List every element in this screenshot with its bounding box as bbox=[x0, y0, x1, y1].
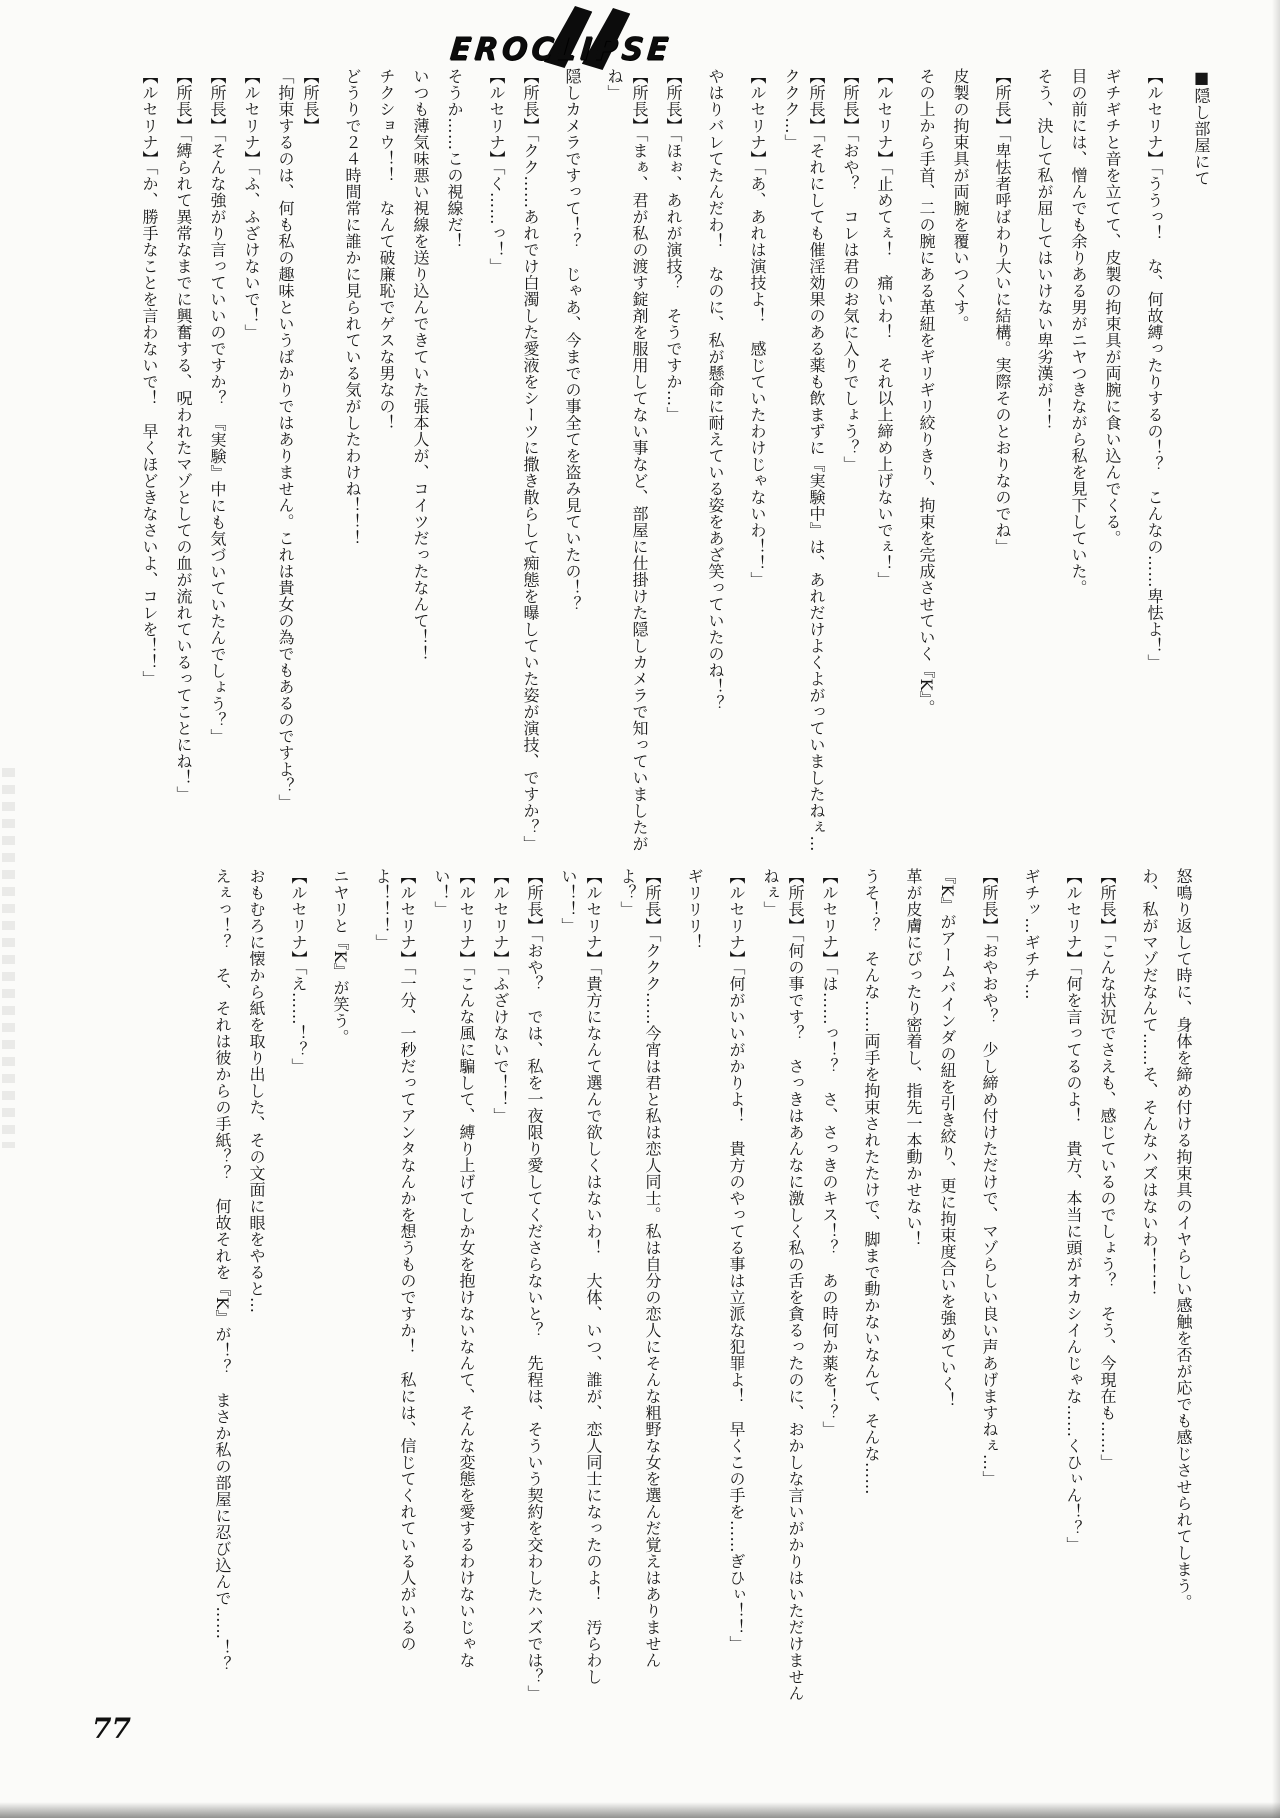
line-text: その上から手首、二の腕にある革紐をギリギリ絞りきり、拘束を完成させていく『K』。 bbox=[917, 68, 936, 716]
line-text: いつも薄気味悪い視線を送り込んできていた張本人が、コイツだったなんて！！ bbox=[411, 68, 430, 662]
script-line: 【所長】「おや？ では、私を一夜限り愛してくださらないと？ 先程は、そういう契約… bbox=[522, 868, 547, 1703]
script-line: 【所長】「おや？ コレは君のお気に入りでしょう？」 bbox=[838, 68, 863, 863]
line-text: 「クク……あれでけ白濁した愛液をシーツに撒き散らして痴態を曝していた姿が演技、で… bbox=[521, 134, 540, 852]
line-text: 「おや？ では、私を一夜限り愛してくださらないと？ 先程は、そういう契約を交わし… bbox=[525, 934, 544, 1702]
script-line: ニヤリと『K』が笑う。 bbox=[328, 868, 353, 1703]
line-text: ギチッ…ギチチ… bbox=[1022, 868, 1041, 1000]
line-text: 「こんな状況でさえも、感じているのでしょう？ そう、今現在も……」 bbox=[1098, 934, 1117, 1471]
line-text: そう、決して私が屈してはいけない卑劣漢が！！ bbox=[1035, 68, 1054, 431]
line-text: 皮製の拘束具が両腕を覆いつくす。 bbox=[951, 68, 970, 332]
script-line: 【ルセリナ】「止めてぇ！ 痛いわ！ それ以上締め上げないでぇ！」 bbox=[872, 68, 897, 863]
speaker-label: 【所長】 bbox=[1098, 868, 1117, 934]
line-text: 「ふ、ふざけないで！」 bbox=[242, 167, 261, 341]
line-text: 「ほぉ、あれが演技？ そうですか…」 bbox=[664, 134, 683, 423]
line-text: ギチギチと音を立てて、皮製の拘束具が両腕に食い込んでくる。 bbox=[1103, 68, 1122, 547]
line-text: 「か、勝手なことを言わないで！ 早くほどきなさいよ、コレを！！」 bbox=[140, 167, 159, 687]
script-line: ■隠し部屋にて bbox=[1189, 68, 1214, 863]
speaker-label: 【ルセリナ】 bbox=[820, 868, 839, 967]
line-text: 「貴方になんて選んで欲しくはないわ！ 大体、いつ、誰が、恋人同士になったのよ！ … bbox=[559, 868, 603, 1685]
speaker-label: 【所長】 bbox=[993, 68, 1012, 134]
script-line: 【所長】「まぁ、君が私の渡す錠剤を服用してない事など、部屋に仕掛けた隠しカメラで… bbox=[602, 68, 652, 863]
line-text: どうりで２４時間常に誰かに見られている気がしたわけね！！！ bbox=[343, 68, 362, 547]
line-text: えぇっ！？ そ、それは彼からの手紙？？ 何故それを『K』が！？ まさか私の部屋に… bbox=[213, 868, 232, 1672]
line-text: 「一分、一秒だってアンタなんかを想うものですか！ 私には、信じてくれている人がい… bbox=[373, 868, 417, 1652]
script-line: 皮製の拘束具が両腕を覆いつくす。 bbox=[948, 68, 973, 863]
line-text: 「おやおや？ 少し締め付けただけで、マゾらしい良い声あげますねぇ…」 bbox=[980, 934, 999, 1487]
line-text: 隠しカメラですって！？ じゃあ、今までの事全てを盗み見ていたの！？ bbox=[563, 68, 582, 613]
script-line: えぇっ！？ そ、それは彼からの手紙？？ 何故それを『K』が！？ まさか私の部屋に… bbox=[210, 868, 235, 1703]
line-text: 「ううっ！ な、何故縛ったりするの！？ こんなの……卑怯よ！」 bbox=[1145, 167, 1164, 671]
script-line: 【所長】「何の事です？ さっきはあんなに激しく私の舌を貪るったのに、おかしな言い… bbox=[758, 868, 808, 1703]
line-text: ギリリリ！ bbox=[685, 868, 704, 951]
speaker-label: 【ルセリナ】 bbox=[242, 68, 261, 167]
line-text: 「は……っ！？ さ、さっきのキス！？ あの時何か薬を！？」 bbox=[820, 967, 839, 1438]
script-line: どうりで２４時間常に誰かに見られている気がしたわけね！！！ bbox=[340, 68, 365, 863]
script-line: そうか……この視線だ！ bbox=[442, 68, 467, 863]
speaker-label: 【所長】 bbox=[630, 68, 649, 134]
line-text: 「そんな強がり言っていいのですか？ 『実験』中にも気づいていたんでしょう？」 bbox=[208, 134, 227, 745]
script-line: ギチギチと音を立てて、皮製の拘束具が両腕に食い込んでくる。 bbox=[1100, 68, 1125, 863]
speaker-label: 【ルセリナ】 bbox=[748, 68, 767, 167]
script-line: チクショウ！！ なんて破廉恥でゲスな男なの！ bbox=[374, 68, 399, 863]
line-text: 「ククク……今宵は君と私は恋人同士。私は自分の恋人にそんな粗野な女を選んだ覚えは… bbox=[618, 868, 662, 1669]
line-text: 「それにしても催淫効果のある薬も飲まずに『実験中』は、あれだけよくよがっていまし… bbox=[782, 68, 826, 852]
script-line: わ、私がマゾだなんて……そ、そんなハズはないわ！！！ bbox=[1137, 868, 1162, 1703]
script-line: 【所長】「ククク……今宵は君と私は恋人同士。私は自分の恋人にそんな粗野な女を選ん… bbox=[615, 868, 665, 1703]
line-text: 「まぁ、君が私の渡す錠剤を服用してない事など、部屋に仕掛けた隠しカメラで知ってい… bbox=[605, 68, 649, 852]
speaker-label: 【所長】 bbox=[174, 68, 193, 134]
line-text: 「何がいいがかりよ！ 貴方のやってる事は立派な犯罪よ！ 早くこの手を……ぎひぃ！… bbox=[727, 967, 746, 1652]
script-line: ギチッ…ギチチ… bbox=[1019, 868, 1044, 1703]
line-text: わ、私がマゾだなんて……そ、そんなハズはないわ！！！ bbox=[1140, 868, 1159, 1297]
line-text: チクショウ！！ なんて破廉恥でゲスな男なの！ bbox=[377, 68, 396, 431]
script-line: 【ルセリナ】「か、勝手なことを言わないで！ 早くほどきなさいよ、コレを！！」 bbox=[137, 68, 162, 863]
script-line: 【所長】「おやおや？ 少し締め付けただけで、マゾらしい良い声あげますねぇ…」 bbox=[977, 868, 1002, 1703]
speaker-label: 【ルセリナ】 bbox=[875, 68, 894, 167]
script-line: 怒鳴り返して時に、身体を締め付ける拘束具のイヤらしい感触を否が応でも感じさせられ… bbox=[1171, 868, 1196, 1703]
line-text: 「拘束するのは、何も私の趣味というばかりではありません。これは貴女の為でもあるの… bbox=[276, 68, 295, 811]
script-line: おもむろに懐から紙を取り出した、その文面に眼をやると… bbox=[244, 868, 269, 1703]
page-number: 77 bbox=[92, 1712, 131, 1745]
line-text: 「卑怯者呼ばわり大いに結構。実際そのとおりなのでね」 bbox=[993, 134, 1012, 555]
speaker-label: 【ルセリナ】 bbox=[491, 868, 510, 967]
doujin-script-page: EROCLIPSE ■隠し部屋にて【ルセリナ】「ううっ！ な、何故縛ったりするの… bbox=[0, 0, 1280, 1818]
line-text: 「ふざけないで！！」 bbox=[491, 967, 510, 1124]
line-text: 『K』がアームバインダの紐を引き絞り、更に拘束度合いを強めていく！ bbox=[938, 868, 957, 1408]
line-text: 「おや？ コレは君のお気に入りでしょう？」 bbox=[841, 134, 860, 473]
script-line: 【所長】「クク……あれでけ白濁した愛液をシーツに撒き散らして痴態を曝していた姿が… bbox=[518, 68, 543, 863]
speaker-label: 【ルセリナ】 bbox=[1145, 68, 1164, 167]
line-text: ■隠し部屋にて bbox=[1192, 68, 1211, 187]
script-line: 【ルセリナ】「ふざけないで！！」 bbox=[488, 868, 513, 1703]
speaker-label: 【所長】 bbox=[664, 68, 683, 134]
line-text: おもむろに懐から紙を取り出した、その文面に眼をやると… bbox=[247, 868, 266, 1314]
script-line: 革が皮膚にぴったり密着し、指先一本動かせない！ bbox=[901, 868, 926, 1703]
script-line: やはりバレてたんだわ！ なのに、私が懸命に耐えている姿をあざ笑っていたのね！？ bbox=[703, 68, 728, 863]
speaker-label: 【ルセリナ】 bbox=[584, 868, 603, 967]
speaker-label: 【ルセリナ】 bbox=[487, 68, 506, 167]
line-text: 革が皮膚にぴったり密着し、指先一本動かせない！ bbox=[904, 868, 923, 1248]
speaker-label: 【ルセリナ】 bbox=[398, 868, 417, 967]
line-text: 「何を言ってるのよ！ 貴方、本当に頭がオカシイんじゃな……くひぃん！？」 bbox=[1064, 967, 1083, 1553]
script-line: ギリリリ！ bbox=[682, 868, 707, 1703]
script-line: 【ルセリナ】「こんな風に騙して、縛り上げてしか女を抱けないなんて、そんな変態を愛… bbox=[429, 868, 479, 1703]
script-line: 【ルセリナ】「一分、一秒だってアンタなんかを想うものですか！ 私には、信じてくれ… bbox=[370, 868, 420, 1703]
line-text: そうか……この視線だ！ bbox=[445, 68, 464, 250]
speaker-label: 【所長】 bbox=[525, 868, 544, 934]
speaker-label: 【ルセリナ】 bbox=[140, 68, 159, 167]
script-band-bottom: 怒鳴り返して時に、身体を締め付ける拘束具のイヤらしい感触を否が応でも感じさせられ… bbox=[201, 868, 1196, 1703]
line-text: 「縛られて異常なまでに興奮する、呪われたマゾとしての血が流れているってことにね！… bbox=[174, 134, 193, 803]
speaker-label: 【所長】 bbox=[643, 868, 662, 934]
speaker-label: 【ルセリナ】 bbox=[289, 868, 308, 967]
scan-shadow-bottom bbox=[0, 1802, 1280, 1818]
line-text: 「何の事です？ さっきはあんなに激しく私の舌を貪るったのに、おかしな言いがかりは… bbox=[761, 868, 805, 1702]
line-text: 「こんな風に騙して、縛り上げてしか女を抱けないなんて、そんな変態を愛するわけない… bbox=[432, 868, 476, 1669]
script-line: 隠しカメラですって！？ じゃあ、今までの事全てを盗み見ていたの！？ bbox=[560, 68, 585, 863]
script-line: 【ルセリナ】「貴方になんて選んで欲しくはないわ！ 大体、いつ、誰が、恋人同士にな… bbox=[556, 868, 606, 1703]
scan-shadow-right bbox=[1272, 0, 1280, 1818]
logo-text: EROCLIPSE bbox=[448, 31, 673, 68]
script-line: そう、決して私が屈してはいけない卑劣漢が！！ bbox=[1032, 68, 1057, 863]
script-line: 【ルセリナ】「あ、あれは演技よ！ 感じていたわけじゃないわ！！」 bbox=[745, 68, 770, 863]
script-line: 【ルセリナ】「は……っ！？ さ、さっきのキス！？ あの時何か薬を！？」 bbox=[817, 868, 842, 1703]
script-line: 【ルセリナ】「く……っ！」 bbox=[484, 68, 509, 863]
speaker-label: 【所長】 bbox=[807, 68, 826, 134]
speaker-label: 【ルセリナ】 bbox=[727, 868, 746, 967]
speaker-label: 【所長】 bbox=[980, 868, 999, 934]
print-bleed-artifact bbox=[2, 768, 15, 1148]
script-line: 『K』がアームバインダの紐を引き絞り、更に拘束度合いを強めていく！ bbox=[935, 868, 960, 1703]
script-line: 【所長】「縛られて異常なまでに興奮する、呪われたマゾとしての血が流れているってこ… bbox=[171, 68, 196, 863]
speaker-label: 【所長】 bbox=[841, 68, 860, 134]
line-text: 「く……っ！」 bbox=[487, 167, 506, 275]
script-line: うそ！？ そんな……両手を拘束されたたけで、脚まで動かないなんて、そんな…… bbox=[859, 868, 884, 1703]
line-text: 怒鳴り返して時に、身体を締め付ける拘束具のイヤらしい感触を否が応でも感じさせられ… bbox=[1174, 868, 1193, 1611]
speaker-label: 【ルセリナ】 bbox=[1064, 868, 1083, 967]
script-line: 【所長】「卑怯者呼ばわり大いに結構。実際そのとおりなのでね」 bbox=[990, 68, 1015, 863]
speaker-label: 【所長】 bbox=[208, 68, 227, 134]
speaker-label: 【所長】 bbox=[301, 68, 320, 134]
script-line: 目の前には、憎んでも余りある男がニヤつきながら私を見下していた。 bbox=[1066, 68, 1091, 863]
script-line: 【所長】「そんな強がり言っていいのですか？ 『実験』中にも気づいていたんでしょう… bbox=[205, 68, 230, 863]
script-line: その上から手首、二の腕にある革紐をギリギリ絞りきり、拘束を完成させていく『K』。 bbox=[914, 68, 939, 863]
script-line: 【ルセリナ】「ううっ！ な、何故縛ったりするの！？ こんなの……卑怯よ！」 bbox=[1142, 68, 1167, 863]
script-band-top: ■隠し部屋にて【ルセリナ】「ううっ！ な、何故縛ったりするの！？ こんなの……卑… bbox=[128, 68, 1214, 863]
line-text: 「あ、あれは演技よ！ 感じていたわけじゃないわ！！」 bbox=[748, 167, 767, 588]
line-text: やはりバレてたんだわ！ なのに、私が懸命に耐えている姿をあざ笑っていたのね！？ bbox=[706, 68, 725, 712]
script-line: 【ルセリナ】「ふ、ふざけないで！」 bbox=[239, 68, 264, 863]
speaker-label: 【所長】 bbox=[786, 868, 805, 934]
script-line: 【ルセリナ】「え……！？」 bbox=[286, 868, 311, 1703]
script-line: 【ルセリナ】「何がいいがかりよ！ 貴方のやってる事は立派な犯罪よ！ 早くこの手を… bbox=[724, 868, 749, 1703]
script-line: 【所長】「ほぉ、あれが演技？ そうですか…」 bbox=[661, 68, 686, 863]
script-line: 【ルセリナ】「何を言ってるのよ！ 貴方、本当に頭がオカシイんじゃな……くひぃん！… bbox=[1061, 868, 1086, 1703]
script-line: 【所長】「それにしても催淫効果のある薬も飲まずに『実験中』は、あれだけよくよがっ… bbox=[779, 68, 829, 863]
line-text: ニヤリと『K』が笑う。 bbox=[331, 868, 350, 1045]
line-text: 「止めてぇ！ 痛いわ！ それ以上締め上げないでぇ！」 bbox=[875, 167, 894, 588]
line-text: 目の前には、憎んでも余りある男がニヤつきながら私を見下していた。 bbox=[1069, 68, 1088, 596]
line-text: うそ！？ そんな……両手を拘束されたたけで、脚まで動かないなんて、そんな…… bbox=[862, 868, 881, 1495]
script-line: 【所長】「拘束するのは、何も私の趣味というばかりではありません。これは貴女の為で… bbox=[273, 68, 323, 863]
speaker-label: 【所長】 bbox=[521, 68, 540, 134]
script-line: 【所長】「こんな状況でさえも、感じているのでしょう？ そう、今現在も……」 bbox=[1095, 868, 1120, 1703]
line-text: 「え……！？」 bbox=[289, 967, 308, 1075]
speaker-label: 【ルセリナ】 bbox=[457, 868, 476, 967]
script-line: いつも薄気味悪い視線を送り込んできていた張本人が、コイツだったなんて！！ bbox=[408, 68, 433, 863]
